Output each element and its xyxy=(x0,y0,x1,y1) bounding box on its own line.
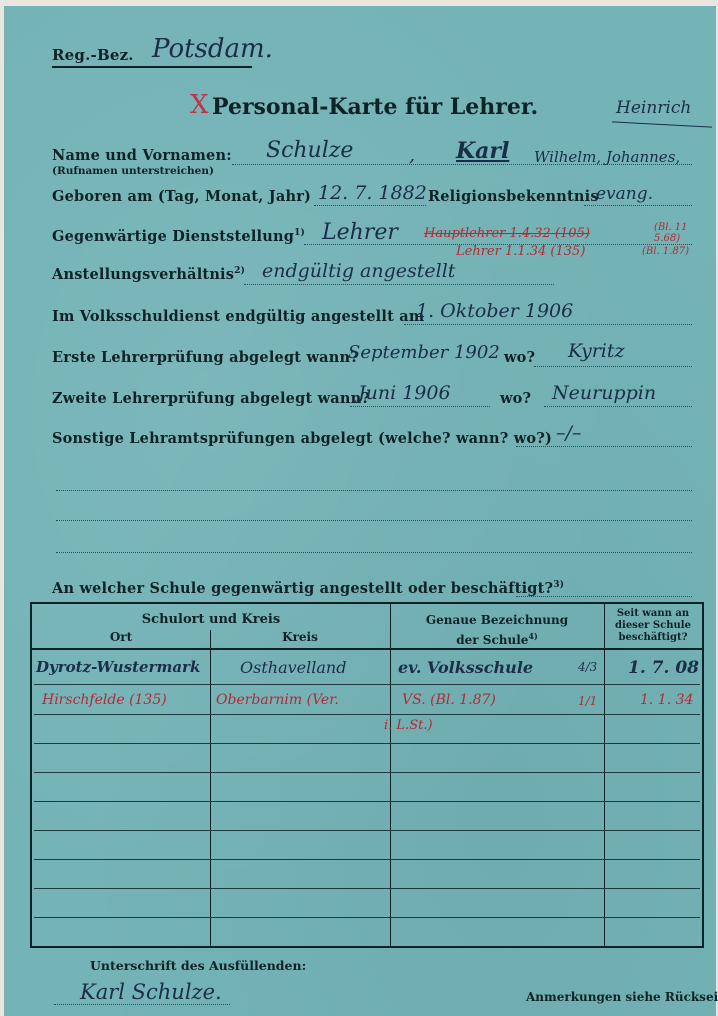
margin-note: Heinrich xyxy=(616,98,691,118)
position-red-correction: Lehrer 1.1.34 (135) xyxy=(456,244,585,259)
col-header-seit-line2: dieser Schule xyxy=(604,620,702,632)
school-question-text: An welcher Schule gegenwärtig angestellt… xyxy=(52,580,553,597)
second-exam-label: Zweite Lehrerprüfung abgelegt wann? xyxy=(52,390,370,407)
name-label: Name und Vornamen: xyxy=(52,147,232,164)
col-header-schule: Genaue Bezeichnung der Schule4) xyxy=(390,612,604,648)
school-question-dotted-line xyxy=(516,596,692,597)
employment-footnote: 2) xyxy=(234,266,245,276)
signature-dotted-line xyxy=(54,1004,230,1005)
col-header-ort: Ort xyxy=(32,630,210,644)
permanent-value: 1. Oktober 1906 xyxy=(416,300,573,322)
other-exams-value: –/– xyxy=(556,422,581,444)
footer-note: Anmerkungen siehe Rückseite. xyxy=(526,990,718,1004)
name-separator: , xyxy=(409,144,415,166)
school-table: Schulort und Kreis Ort Kreis Genaue Beze… xyxy=(30,602,704,948)
religion-dotted-line xyxy=(584,205,692,206)
religion-value: evang. xyxy=(596,184,653,204)
blank-line-3 xyxy=(56,552,692,553)
second-exam-where-dots xyxy=(544,406,692,407)
row1-kreis: Osthavelland xyxy=(240,658,346,677)
signature-label: Unterschrift des Ausfüllenden: xyxy=(90,958,306,973)
row-line xyxy=(34,714,700,715)
col-header-schule-line2-wrap: der Schule4) xyxy=(390,628,604,648)
row2-klassen: 1/1 xyxy=(578,694,597,708)
col-divider-3 xyxy=(604,604,605,946)
signature-value: Karl Schulze. xyxy=(80,980,222,1004)
blank-line-2 xyxy=(56,520,692,521)
position-label-text: Gegenwärtige Dienststellung xyxy=(52,228,294,245)
position-footnote: 1) xyxy=(294,228,305,238)
permanent-dotted-line xyxy=(404,324,692,325)
card-title: Personal-Karte für Lehrer. xyxy=(212,94,538,120)
other-exams-dotted-line xyxy=(516,446,692,447)
col-divider-2 xyxy=(390,604,391,946)
first-exam-where-label: wo? xyxy=(504,349,535,366)
row2-ort: Hirschfelde (135) xyxy=(42,692,167,708)
col-header-schule-footnote: 4) xyxy=(528,631,537,641)
permanent-label: Im Volksschuldienst endgültig angestellt… xyxy=(52,308,424,325)
col-header-kreis: Kreis xyxy=(210,630,390,644)
row-line xyxy=(34,684,700,685)
row3-schule: i. L.St.) xyxy=(384,718,433,733)
first-exam-when: September 1902 xyxy=(348,342,500,363)
other-exams-label: Sonstige Lehramtsprüfungen abgelegt (wel… xyxy=(52,430,552,447)
row1-seit: 1. 7. 08 xyxy=(628,658,699,678)
birth-dotted-line xyxy=(314,205,426,206)
row-line xyxy=(34,917,700,918)
position-red-note-1: (Bl. 11 5.68) xyxy=(654,222,714,244)
row-line xyxy=(34,772,700,773)
reg-bez-underline xyxy=(52,66,252,68)
name-sublabel: (Rufnamen unterstreichen) xyxy=(52,165,214,177)
position-struck-red: Hauptlehrer 1.4.32 (105) xyxy=(424,226,590,241)
row-line xyxy=(34,859,700,860)
row2-seit: 1. 1. 34 xyxy=(640,692,693,708)
group-header: Schulort und Kreis xyxy=(32,612,390,627)
row2-kreis: Oberbarnim (Ver. xyxy=(216,692,339,708)
row1-schule: ev. Volksschule xyxy=(398,658,533,677)
position-value: Lehrer xyxy=(322,220,398,245)
red-x-mark: X xyxy=(190,90,209,120)
employment-label: Anstellungsverhältnis2) xyxy=(52,266,245,283)
position-red-note-2: (Bl. 1.87) xyxy=(642,246,689,257)
school-question-footnote: 3) xyxy=(553,580,564,590)
second-exam-where-label: wo? xyxy=(500,390,531,407)
birth-label: Geboren am (Tag, Monat, Jahr) xyxy=(52,188,311,205)
row1-klassen: 4/3 xyxy=(578,660,597,674)
row1-ort: Dyrotz-Wustermark xyxy=(36,658,200,676)
col-divider-1 xyxy=(210,630,211,946)
religion-label: Religionsbekenntnis xyxy=(428,188,599,205)
header-bottom-line xyxy=(32,648,702,650)
school-question-label: An welcher Schule gegenwärtig angestellt… xyxy=(52,580,564,597)
other-names-value: Wilhelm, Johannes, xyxy=(534,148,680,166)
employment-value: endgültig angestellt xyxy=(262,260,455,282)
reg-bez-label: Reg.-Bez. xyxy=(52,46,134,64)
first-exam-label: Erste Lehrerprüfung abgelegt wann? xyxy=(52,349,359,366)
row-line xyxy=(34,888,700,889)
row2-schule: VS. (Bl. 1.87) xyxy=(402,692,496,708)
reg-bez-value: Potsdam. xyxy=(152,34,273,64)
first-exam-dotted-line xyxy=(534,366,692,367)
margin-note-underline xyxy=(612,121,712,127)
col-header-seit-line3: beschäftigt? xyxy=(604,632,702,644)
row-line xyxy=(34,801,700,802)
row-line xyxy=(34,743,700,744)
row-line xyxy=(34,830,700,831)
col-header-seit: Seit wann an dieser Schule beschäftigt? xyxy=(604,608,702,644)
rufname-value: Karl xyxy=(456,138,509,164)
birth-value: 12. 7. 1882 xyxy=(318,182,427,204)
col-header-schule-line1: Genaue Bezeichnung xyxy=(390,612,604,628)
employment-dotted-line xyxy=(244,284,554,285)
second-exam-where: Neuruppin xyxy=(552,382,656,404)
position-label: Gegenwärtige Dienststellung1) xyxy=(52,228,305,245)
blank-line-1 xyxy=(56,490,692,491)
second-exam-when-dots xyxy=(350,406,490,407)
employment-label-text: Anstellungsverhältnis xyxy=(52,266,234,283)
col-header-schule-line2: der Schule xyxy=(456,633,528,647)
first-exam-where: Kyritz xyxy=(568,340,625,362)
col-header-seit-line1: Seit wann an xyxy=(604,608,702,620)
surname-value: Schulze xyxy=(266,138,353,163)
second-exam-when: Juni 1906 xyxy=(358,382,451,404)
